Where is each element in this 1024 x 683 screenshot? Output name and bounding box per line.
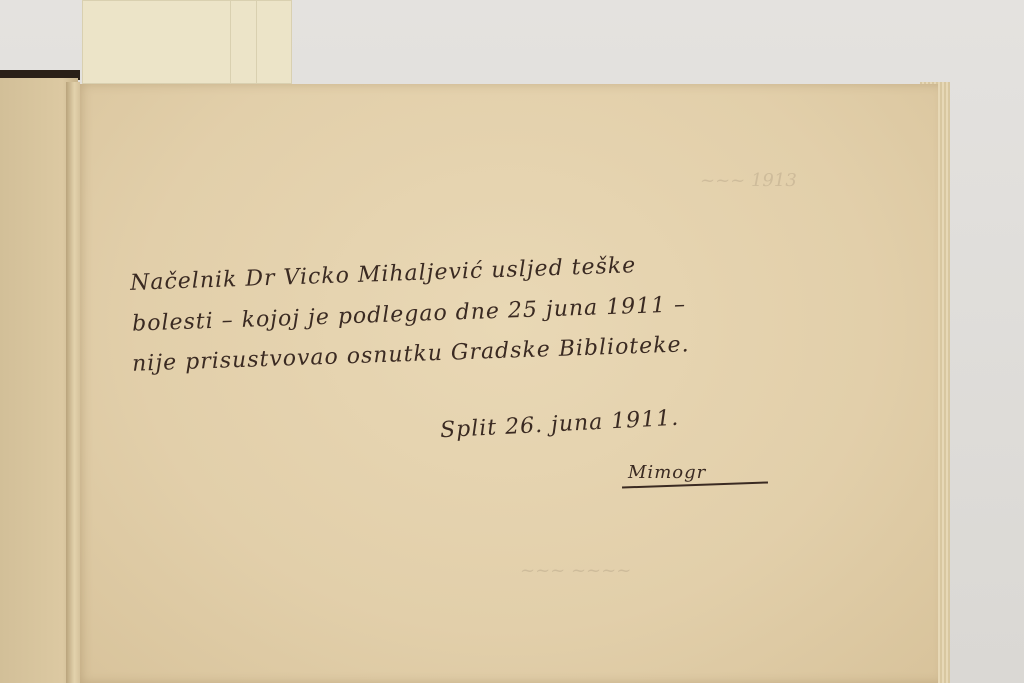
book-gutter <box>66 82 80 683</box>
signature: Mimogr <box>628 462 706 483</box>
right-page <box>76 84 938 683</box>
bleed-through-text: ~~~ 1913 <box>700 170 797 191</box>
paper-slip <box>82 0 232 84</box>
bleed-through-text: ~~~ ~~~~ <box>520 560 631 581</box>
paper-slip <box>256 0 292 84</box>
paper-slip <box>230 0 258 84</box>
